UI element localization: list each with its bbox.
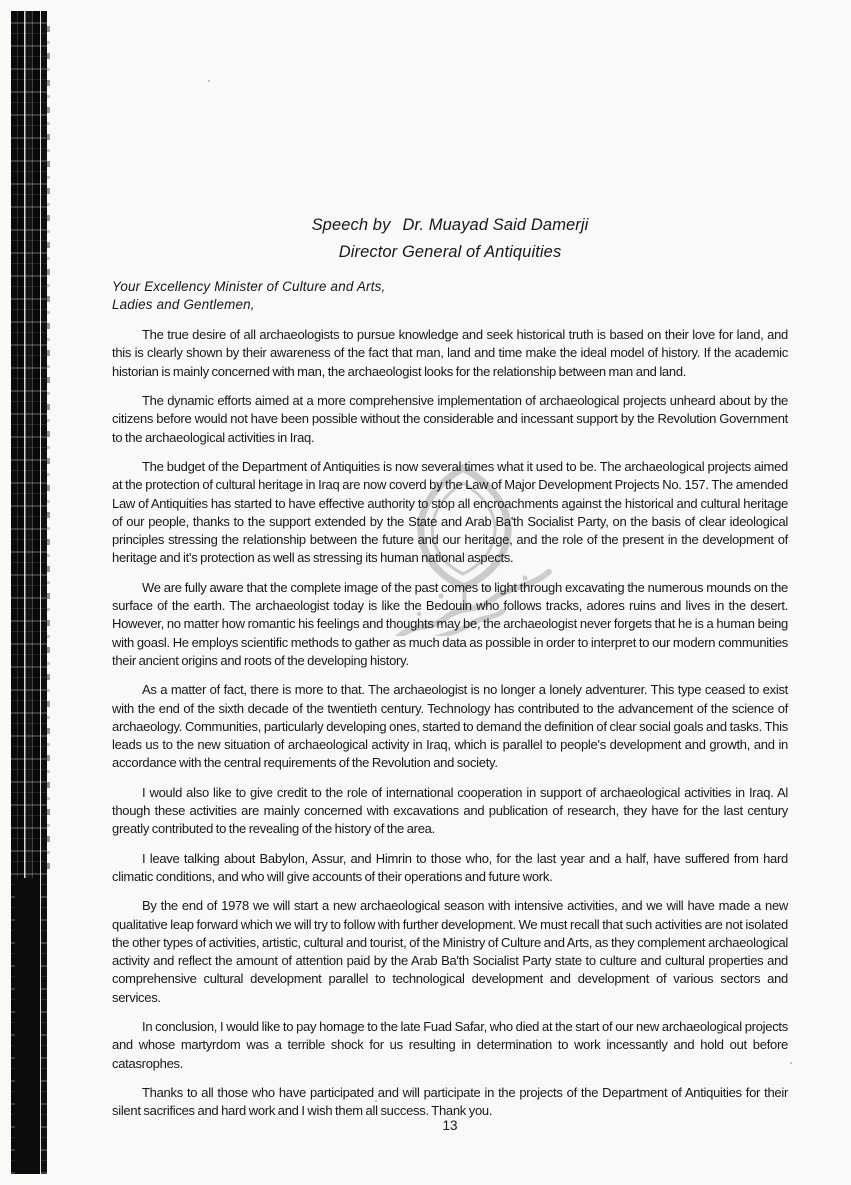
salutation-line-1: Your Excellency Minister of Culture and … xyxy=(112,278,788,296)
scan-binding-edge-solid xyxy=(15,878,40,1174)
paragraph-3: The budget of the Department of Antiquit… xyxy=(112,458,788,568)
paragraph-6: I would also like to give credit to the … xyxy=(112,784,788,839)
speech-body: The true desire of all archaeologists to… xyxy=(112,326,788,1120)
salutation-line-2: Ladies and Gentlemen, xyxy=(112,296,788,314)
paragraph-7: I leave talking about Babylon, Assur, an… xyxy=(112,850,788,887)
scan-binding-dashes xyxy=(46,26,50,876)
speech-by-label: Speech by xyxy=(312,216,391,234)
paragraph-8: By the end of 1978 we will start a new a… xyxy=(112,897,788,1007)
paragraph-5: As a matter of fact, there is more to th… xyxy=(112,681,788,772)
scanned-document-page: Speech byDr. Muayad Said Damerji Directo… xyxy=(0,0,851,1185)
paragraph-1: The true desire of all archaeologists to… xyxy=(112,326,788,381)
scan-speck xyxy=(208,80,210,82)
speaker-role: Director General of Antiquities xyxy=(112,239,788,266)
paragraph-2: The dynamic efforts aimed at a more comp… xyxy=(112,392,788,447)
paragraph-9: In conclusion, I would like to pay homag… xyxy=(112,1018,788,1073)
paragraph-4: We are fully aware that the complete ima… xyxy=(112,579,788,670)
speech-title: Speech byDr. Muayad Said Damerji Directo… xyxy=(112,212,788,266)
page-number: 13 xyxy=(112,1118,788,1133)
salutation: Your Excellency Minister of Culture and … xyxy=(112,278,788,313)
title-line-1: Speech byDr. Muayad Said Damerji xyxy=(112,212,788,239)
speaker-name: Dr. Muayad Said Damerji xyxy=(402,216,588,234)
speech-text-column: Speech byDr. Muayad Said Damerji Directo… xyxy=(112,212,788,1131)
scan-speck xyxy=(790,1062,792,1064)
paragraph-10: Thanks to all those who have participate… xyxy=(112,1084,788,1121)
